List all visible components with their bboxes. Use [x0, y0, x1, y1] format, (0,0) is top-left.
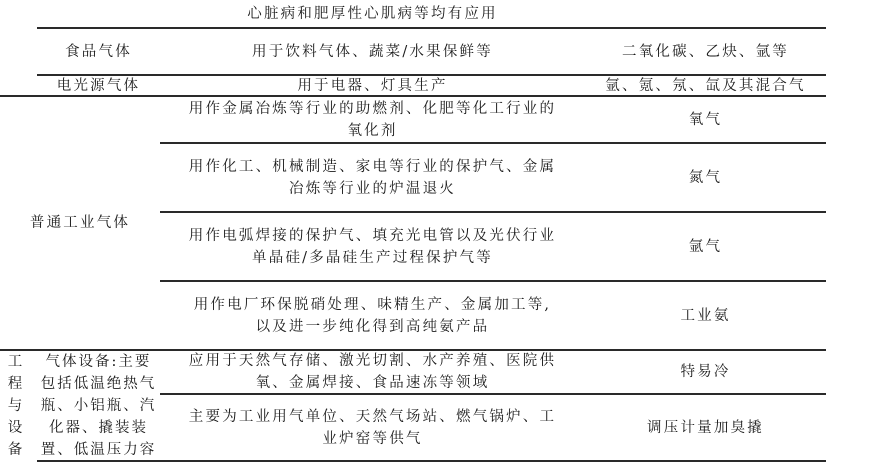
application-line: 单晶硅/多晶硅生产过程保护气等	[189, 247, 556, 269]
category-text: 食品气体	[65, 41, 132, 63]
product-cell: 二氧化碳、乙炔、氩等	[585, 29, 826, 74]
category-line: 包括低温绝热气	[41, 373, 157, 395]
application-text: 用于电器、灯具生产	[297, 75, 447, 97]
application-cell: 应用于天然气存储、激光切割、水产养殖、医院供 氧、金属焊接、食品速冻等领域	[160, 351, 585, 393]
product-cell: 氩、氪、氖、氙及其混合气	[585, 76, 826, 95]
category-line: 气体设备:主要	[46, 351, 152, 373]
application-cell: 用作电厂环保脱硝处理、味精生产、金属加工等, 以及进一步纯化得到高纯氨产品	[160, 282, 585, 349]
application-cell: 用于饮料气体、蔬菜/水果保鲜等	[160, 29, 585, 74]
segment-char: 程	[8, 373, 23, 395]
product-cell: 氩气	[585, 213, 826, 280]
application-line: 冶炼等行业的炉温退火	[189, 178, 556, 200]
application-text: 心脏病和肥厚性心肌病等均有应用	[247, 3, 498, 25]
application-cell: 主要为工业用气单位、天然气场站、燃气锅炉、工 业炉窑等供气	[160, 395, 585, 460]
product-cell: 氧气	[585, 97, 826, 142]
application-line: 业炉窑等供气	[189, 428, 556, 450]
segment-label: 工 程 与 设 备	[0, 351, 30, 461]
category-cell: 气体设备:主要 包括低温绝热气 瓶、小铝瓶、汽 化器、撬装装 置、低温压力容	[37, 351, 160, 461]
application-text: 用于饮料气体、蔬菜/水果保鲜等	[252, 41, 493, 63]
category-text: 电光源气体	[57, 75, 141, 97]
category-text: 普通工业气体	[30, 212, 130, 234]
application-line: 氧、金属焊接、食品速冻等领域	[189, 372, 556, 394]
product-cell: 特易冷	[585, 351, 826, 393]
application-line: 以及进一步纯化得到高纯氨产品	[194, 316, 552, 338]
application-cell: 用作金属冶炼等行业的助燃剂、化肥等化工行业的 氧化剂	[160, 97, 585, 142]
segment-char: 备	[8, 439, 23, 461]
category-cell: 电光源气体	[37, 76, 160, 95]
top-partial-application: 心脏病和肥厚性心肌病等均有应用	[160, 0, 585, 28]
application-cell: 用作化工、机械制造、家电等行业的保护气、金属 冶炼等行业的炉温退火	[160, 144, 585, 211]
category-line: 瓶、小铝瓶、汽	[41, 395, 157, 417]
product-cell: 调压计量加臭撬	[585, 395, 826, 460]
segment-char: 与	[8, 395, 23, 417]
product-text: 氩气	[689, 236, 722, 258]
application-line: 用作电弧焊接的保护气、填充光电管以及光伏行业	[189, 225, 556, 247]
application-line: 用作金属冶炼等行业的助燃剂、化肥等化工行业的	[189, 98, 556, 120]
application-line: 用作化工、机械制造、家电等行业的保护气、金属	[189, 156, 556, 178]
application-line: 应用于天然气存储、激光切割、水产养殖、医院供	[189, 350, 556, 372]
product-text: 调压计量加臭撬	[647, 417, 764, 439]
product-text: 氧气	[689, 109, 722, 131]
product-text: 氮气	[689, 167, 722, 189]
product-cell: 工业氨	[585, 282, 826, 349]
product-text: 二氧化碳、乙炔、氩等	[622, 41, 789, 63]
product-cell: 氮气	[585, 144, 826, 211]
application-line: 氧化剂	[189, 120, 556, 142]
product-text: 特易冷	[680, 361, 730, 383]
segment-char: 设	[8, 417, 23, 439]
category-cell: 食品气体	[37, 29, 160, 74]
category-line: 置、低温压力容	[41, 439, 157, 461]
application-line: 主要为工业用气单位、天然气场站、燃气锅炉、工	[189, 406, 556, 428]
category-line: 化器、撬装装	[49, 417, 148, 439]
application-cell: 用作电弧焊接的保护气、填充光电管以及光伏行业 单晶硅/多晶硅生产过程保护气等	[160, 213, 585, 280]
category-cell: 普通工业气体	[0, 97, 160, 349]
product-text: 氩、氪、氖、氙及其混合气	[605, 75, 805, 97]
product-text: 工业氨	[680, 305, 730, 327]
segment-char: 工	[8, 351, 23, 373]
application-line: 用作电厂环保脱硝处理、味精生产、金属加工等,	[194, 294, 552, 316]
application-cell: 用于电器、灯具生产	[160, 76, 585, 95]
